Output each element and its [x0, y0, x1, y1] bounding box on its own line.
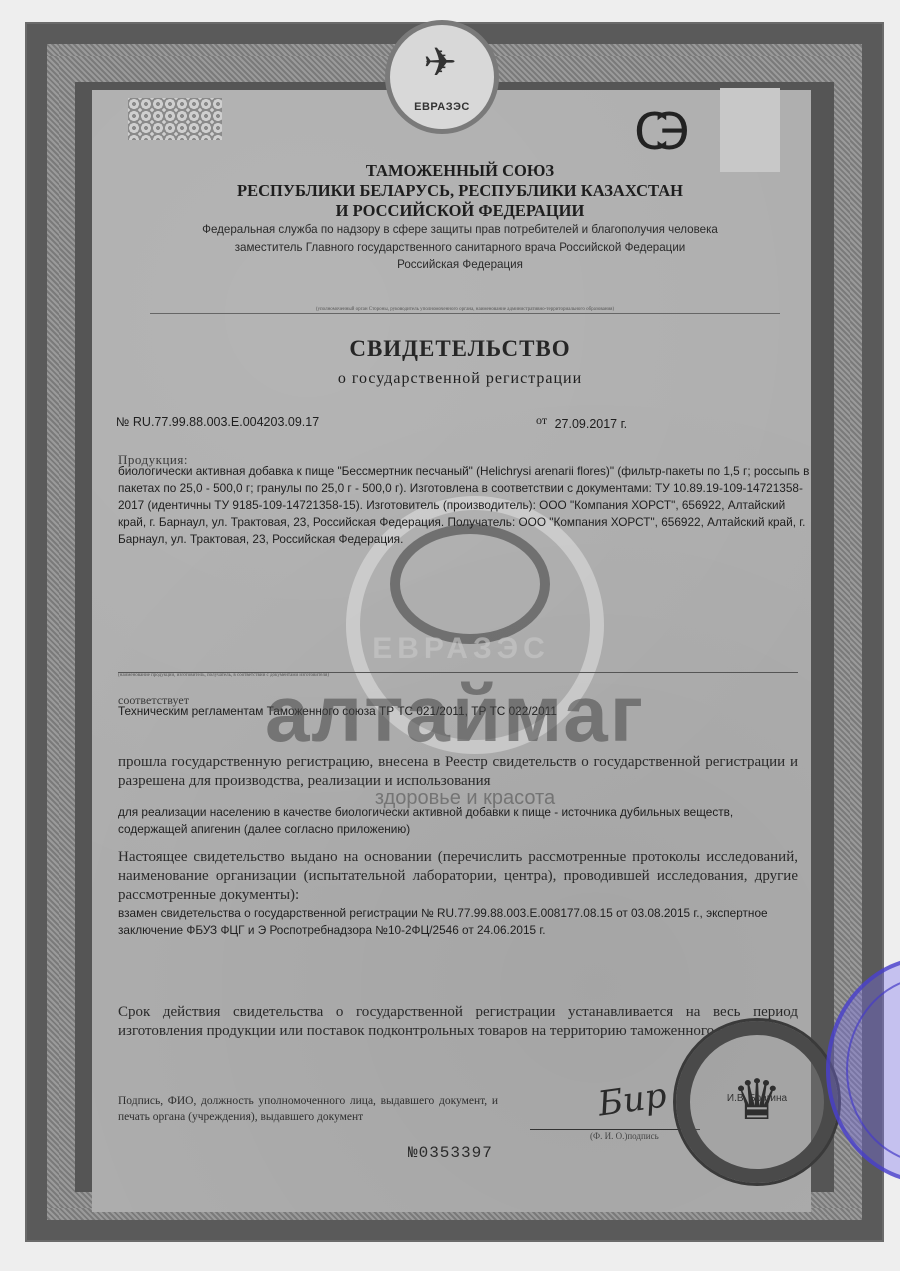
security-pattern	[128, 98, 222, 140]
registration-number: № RU.77.99.88.003.E.004203.09.17	[116, 415, 319, 429]
authority-line-2: заместитель Главного государственного са…	[100, 241, 820, 254]
intended-use: для реализации населению в качестве биол…	[118, 804, 798, 838]
se-conformity-mark-icon: СЭ	[634, 104, 676, 160]
product-description: биологически активная добавка к пище "Бе…	[118, 463, 812, 548]
eurasec-emblem-icon: ✈	[418, 41, 462, 85]
registration-date: от 27.09.2017 г.	[536, 413, 627, 431]
registration-date-prefix: от	[536, 413, 547, 427]
authority-line-3: Российская Федерация	[100, 258, 820, 271]
registration-number-prefix: №	[116, 415, 129, 429]
authority-caption: (уполномоченный орган Стороны, руководит…	[150, 307, 780, 314]
header-line-3: И РОССИЙСКОЙ ФЕДЕРАЦИИ	[100, 201, 820, 221]
conformity-regulations: Техническим регламентам Таможенного союз…	[118, 703, 557, 720]
validity-text: Срок действия свидетельства о государств…	[118, 1003, 798, 1041]
registration-date-value: 27.09.2017 г.	[555, 417, 628, 431]
signature-label: Подпись, ФИО, должность уполномоченного …	[118, 1093, 498, 1125]
header-line-1: ТАМОЖЕННЫЙ СОЮЗ	[100, 161, 820, 181]
emblem-label: ЕВРАЗЭС	[414, 101, 470, 113]
basis-label: Настоящее свидетельство выдано на основа…	[118, 848, 798, 905]
eurasec-emblem: ✈ ЕВРАЗЭС	[385, 20, 499, 134]
basis-documents: взамен свидетельства о государственной р…	[118, 905, 798, 939]
registration-status-text: прошла государственную регистрацию, внес…	[118, 753, 798, 791]
signature-line	[530, 1129, 700, 1130]
official-seal: ♛ И.В. Брагина	[673, 1018, 841, 1186]
document-subtitle: о государственной регистрации	[100, 370, 820, 388]
seal-signatory-name: И.В. Брагина	[706, 1093, 808, 1104]
hologram-area	[720, 88, 780, 172]
form-serial-number: №0353397	[408, 1144, 493, 1162]
fio-caption: (Ф. И. О.)подпись	[590, 1131, 659, 1141]
authority-line-1: Федеральная служба по надзору в сфере за…	[100, 223, 820, 236]
product-caption: (наименование продукции, изготовитель, п…	[118, 672, 798, 678]
registration-number-value: RU.77.99.88.003.E.004203.09.17	[133, 415, 319, 429]
blue-stamp-inner-ring	[846, 976, 900, 1164]
document-title: СВИДЕТЕЛЬСТВО	[100, 336, 820, 362]
header-line-2: РЕСПУБЛИКИ БЕЛАРУСЬ, РЕСПУБЛИКИ КАЗАХСТА…	[100, 181, 820, 201]
